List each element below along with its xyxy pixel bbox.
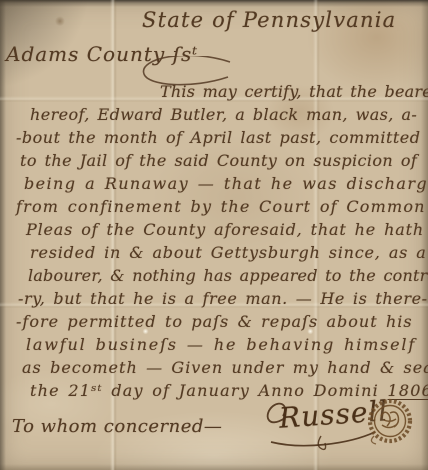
document-line: Pleas of the County aforesaid, that he h… [26,220,424,239]
document-line: lawful busineſs — he behaving himself [26,335,416,354]
salutation-line: To whom concerned— [12,416,222,437]
document-line: -bout the month of April last past, comm… [16,128,421,147]
document-line: from confinement by the Court of Common [16,197,426,216]
document-line: being a Runaway — that he was discharged [24,174,428,193]
paper: State of Pennsylvania Adams County ſsᵗ T… [0,0,428,470]
document-line: -ry, but that he is a free man. — He is … [18,289,428,308]
document-line: hereof, Edward Butler, a black man, was,… [30,105,417,124]
document-line: as becometh — Given under my hand & seal [22,358,428,377]
document-line: -fore permitted to paſs & repaſs about h… [16,312,413,331]
document-line: to the Jail of the said County on suspic… [20,151,417,170]
document-title: State of Pennsylvania [142,8,396,32]
document-line: labourer, & nothing has appeared to the … [28,266,428,285]
document-line: This may certify, that the bearer [160,82,428,101]
wax-seal-icon [364,394,416,450]
document-line: resided in & about Gettysburgh since, as… [30,243,427,262]
document-scan: State of Pennsylvania Adams County ſsᵗ T… [0,0,428,470]
